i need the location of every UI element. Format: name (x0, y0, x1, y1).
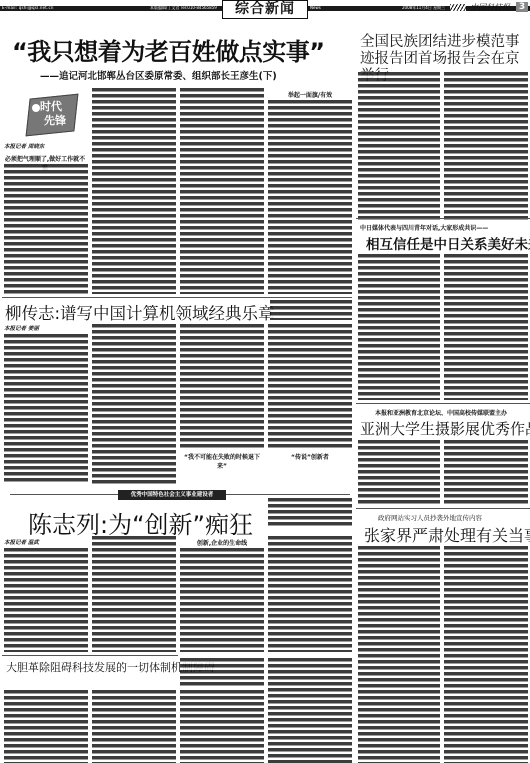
newspaper-brand: 中国科技报 (470, 2, 510, 13)
hatch-decoration-icon (450, 4, 466, 11)
right-top-col-2 (444, 72, 528, 220)
mutual-trust-kicker: 中日媒体代表与四川青年对话,大家形成共识—— (360, 223, 488, 232)
main-col4-subhead: 举起一面旗/有效 (268, 90, 352, 99)
divider (356, 403, 530, 404)
main-subheadline: ——追记河北邯郸丛台区委原常委、组织部长王彦生(下) (40, 68, 277, 82)
liu-subhead-1: “我不可能在失败的时候退下来” (180, 452, 264, 470)
divider (356, 508, 530, 509)
asia-photo-headline[interactable]: 亚洲大学生摄影展优秀作品揭晓 (360, 418, 530, 439)
chen-byline: 本报记者 温武 (4, 538, 39, 546)
asia-photo-kicker: 本报和亚洲教育北京论坛、中国高校传媒联盟主办 (375, 408, 507, 417)
zjj-col-2 (444, 546, 528, 688)
liu-subhead-2: “传说”创新者 (268, 452, 352, 461)
asia-col-1 (358, 440, 440, 504)
chen-col-2 (92, 536, 176, 652)
divider (2, 655, 178, 656)
chen-subhead-1: 创新,企业的生命线 (180, 538, 264, 547)
chen-side-col (268, 498, 352, 528)
liu-col-3 (180, 324, 264, 450)
liu-headline[interactable]: 柳传志:谱写中国计算机领域经典乐章 (5, 300, 275, 324)
main-headline[interactable]: “我只想着为老百姓做点实事” (12, 32, 325, 67)
chen-headline[interactable]: 陈志列:为“创新”痴狂 (28, 505, 253, 540)
zhangjiajie-kicker: 政府网站实习人员抄袭外地宣传内容 (378, 513, 482, 522)
issue-date: 2008年11月4日 星期三 (402, 5, 445, 11)
liu-side-col (270, 300, 352, 320)
bottom-col-6 (444, 690, 528, 763)
party-emblem-icon (32, 104, 40, 112)
main-col-3 (180, 88, 264, 294)
chen-banner: 优秀中国特色社会主义事业建设者 (118, 490, 226, 500)
asia-col-2 (444, 440, 528, 504)
masthead-editor-info: 本版编辑/丁文君 Tel:010-84565859 (150, 5, 217, 11)
bottom-col-1 (4, 690, 88, 763)
chen-col-3 (180, 548, 264, 652)
zhangjiajie-headline[interactable]: 张家界严肃处理有关当事人 (364, 523, 530, 546)
mutual-col-2 (444, 254, 528, 400)
mutual-col-1 (358, 254, 440, 400)
bottom-col-3 (180, 690, 264, 763)
page-number: 3 (516, 2, 528, 12)
main-col-2 (92, 88, 176, 294)
chen-col-1 (4, 548, 88, 652)
liu-col-2 (92, 324, 176, 484)
divider (2, 297, 352, 298)
masthead-email: E-mail: qshi@qsl.net.cn (2, 5, 54, 11)
bottom-col-4 (268, 658, 352, 763)
liu-byline: 本报记者 姜丽 (4, 324, 39, 332)
bottom-col-2 (92, 690, 176, 763)
bottom-col-5 (358, 690, 440, 763)
section-title: 综合新闻 (222, 0, 308, 19)
logo-text-2: 先锋 (44, 112, 66, 128)
reform-side-col (180, 658, 264, 688)
mutual-trust-headline[interactable]: 相互信任是中日关系美好未来的前提 (366, 233, 530, 253)
chen-col-4 (268, 536, 352, 652)
zjj-col-1 (358, 546, 440, 688)
liu-col-4 (268, 324, 352, 450)
liu-col-1 (4, 334, 88, 484)
main-col-1 (4, 164, 88, 294)
main-byline: 本报记者 周晓东 (4, 142, 44, 150)
main-col-4 (268, 100, 352, 294)
divider (356, 218, 530, 219)
section-en: News (310, 5, 321, 11)
right-top-col-1 (358, 72, 440, 220)
